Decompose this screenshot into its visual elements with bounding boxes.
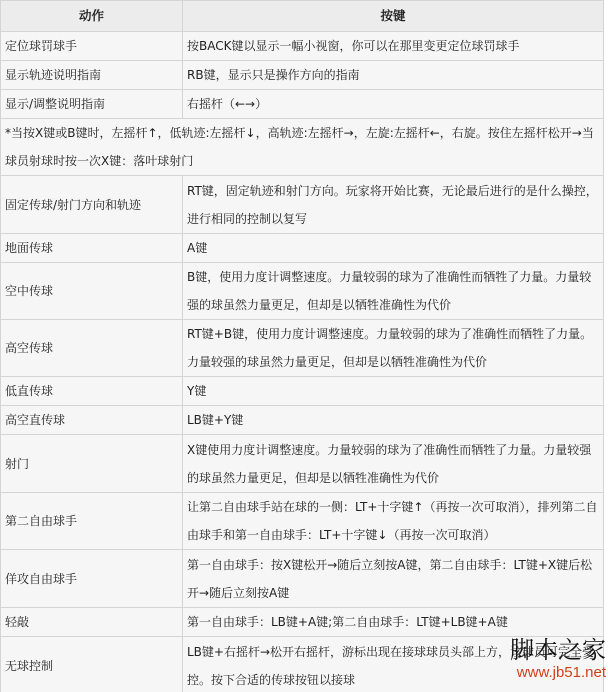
header-action: 动作	[1, 1, 183, 32]
action-cell: 佯攻自由球手	[1, 550, 183, 608]
table-row: 低直传球 Y键	[1, 377, 604, 406]
key-cell: LB键+Y键	[183, 406, 604, 435]
key-cell: B键，使用力度计调整速度。力量较弱的球为了准确性而牺牲了力量。力量较强的球虽然力…	[183, 263, 604, 320]
table-row: 显示轨迹说明指南 RB键，显示只是操作方向的指南	[1, 61, 604, 90]
action-cell: 高空传球	[1, 320, 183, 377]
header-key: 按键	[183, 1, 604, 32]
key-cell: LB键+右摇杆→松开右摇杆，游标出现在接球球员头部上方，该球员可完全受控。按下合…	[183, 637, 604, 692]
key-cell: 第一自由球手：LB键+A键;第二自由球手：LT键+LB键+A键	[183, 608, 604, 637]
key-cell: 让第二自由球手站在球的一侧：LT+十字键↑（再按一次可取消），排列第二自由球手和…	[183, 493, 604, 550]
controls-table: 动作 按键 定位球罚球手 按BACK键以显示一幅小视窗，你可以在那里变更定位球罚…	[0, 0, 604, 692]
table-row: 佯攻自由球手 第一自由球手：按X键松开→随后立刻按A键，第二自由球手：LT键+X…	[1, 550, 604, 608]
table-row: 高空直传球 LB键+Y键	[1, 406, 604, 435]
key-cell: A键	[183, 234, 604, 263]
action-cell: 轻敲	[1, 608, 183, 637]
note-cell: *当按X键或B键时，左摇杆↑，低轨迹:左摇杆↓，高轨迹:左摇杆→，左旋:左摇杆←…	[1, 119, 604, 176]
key-cell: X键使用力度计调整速度。力量较弱的球为了准确性而牺牲了力量。力量较强的球虽然力量…	[183, 435, 604, 493]
action-cell: 地面传球	[1, 234, 183, 263]
key-cell: 按BACK键以显示一幅小视窗，你可以在那里变更定位球罚球手	[183, 32, 604, 61]
table-row: 第二自由球手 让第二自由球手站在球的一侧：LT+十字键↑（再按一次可取消），排列…	[1, 493, 604, 550]
key-cell: RB键，显示只是操作方向的指南	[183, 61, 604, 90]
action-cell: 空中传球	[1, 263, 183, 320]
action-cell: 高空直传球	[1, 406, 183, 435]
table-row: 地面传球 A键	[1, 234, 604, 263]
key-cell: Y键	[183, 377, 604, 406]
table-row: 空中传球 B键，使用力度计调整速度。力量较弱的球为了准确性而牺牲了力量。力量较强…	[1, 263, 604, 320]
action-cell: 固定传球/射门方向和轨迹	[1, 176, 183, 234]
action-cell: 显示/调整说明指南	[1, 90, 183, 119]
table-row: 显示/调整说明指南 右摇杆（←→）	[1, 90, 604, 119]
action-cell: 低直传球	[1, 377, 183, 406]
action-cell: 显示轨迹说明指南	[1, 61, 183, 90]
table-row: 射门 X键使用力度计调整速度。力量较弱的球为了准确性而牺牲了力量。力量较强的球虽…	[1, 435, 604, 493]
table-row: 高空传球 RT键+B键，使用力度计调整速度。力量较弱的球为了准确性而牺牲了力量。…	[1, 320, 604, 377]
action-cell: 无球控制	[1, 637, 183, 692]
table-row: 轻敲 第一自由球手：LB键+A键;第二自由球手：LT键+LB键+A键	[1, 608, 604, 637]
table-row: 固定传球/射门方向和轨迹 RT键，固定轨迹和射门方向。玩家将开始比赛，无论最后进…	[1, 176, 604, 234]
key-cell: RT键+B键，使用力度计调整速度。力量较弱的球为了准确性而牺牲了力量。力量较强的…	[183, 320, 604, 377]
table-row-note: *当按X键或B键时，左摇杆↑，低轨迹:左摇杆↓，高轨迹:左摇杆→，左旋:左摇杆←…	[1, 119, 604, 176]
table-row: 无球控制 LB键+右摇杆→松开右摇杆，游标出现在接球球员头部上方，该球员可完全受…	[1, 637, 604, 692]
table-row: 定位球罚球手 按BACK键以显示一幅小视窗，你可以在那里变更定位球罚球手	[1, 32, 604, 61]
key-cell: 右摇杆（←→）	[183, 90, 604, 119]
action-cell: 第二自由球手	[1, 493, 183, 550]
table-header-row: 动作 按键	[1, 1, 604, 32]
key-cell: RT键，固定轨迹和射门方向。玩家将开始比赛，无论最后进行的是什么操控，进行相同的…	[183, 176, 604, 234]
key-cell: 第一自由球手：按X键松开→随后立刻按A键，第二自由球手：LT键+X键后松开→随后…	[183, 550, 604, 608]
action-cell: 定位球罚球手	[1, 32, 183, 61]
action-cell: 射门	[1, 435, 183, 493]
